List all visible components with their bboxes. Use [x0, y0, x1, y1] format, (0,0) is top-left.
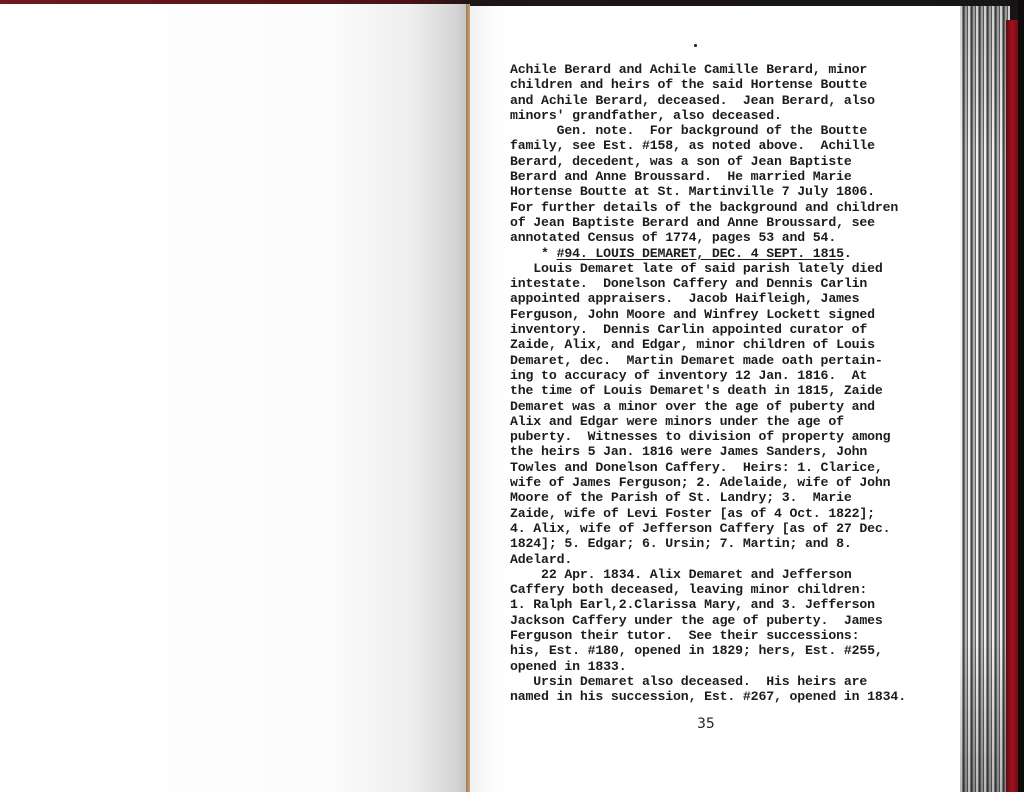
text-line: Gen. note. For background of the Boutte — [510, 123, 930, 138]
text-line: the time of Louis Demaret's death in 181… — [510, 383, 930, 398]
text-line: Ursin Demaret also deceased. His heirs a… — [510, 674, 930, 689]
text-line: opened in 1833. — [510, 659, 930, 674]
background-dark — [1018, 0, 1024, 792]
heading-prefix: * — [510, 246, 557, 261]
text-line: 1824]; 5. Edgar; 6. Ursin; 7. Martin; an… — [510, 536, 930, 551]
text-line: wife of James Ferguson; 2. Adelaide, wif… — [510, 475, 930, 490]
text-line: inventory. Dennis Carlin appointed curat… — [510, 322, 930, 337]
text-line: Adelard. — [510, 552, 930, 567]
text-line: Berard, decedent, was a son of Jean Bapt… — [510, 154, 930, 169]
text-line: Alix and Edgar were minors under the age… — [510, 414, 930, 429]
text-line: family, see Est. #158, as noted above. A… — [510, 138, 930, 153]
text-line: Ferguson, John Moore and Winfrey Lockett… — [510, 307, 930, 322]
text-line: children and heirs of the said Hortense … — [510, 77, 930, 92]
paragraphs-after-heading: Louis Demaret late of said parish lately… — [510, 261, 930, 705]
paragraphs-before-heading: Achile Berard and Achile Camille Berard,… — [510, 62, 930, 246]
page-number: 35 — [697, 716, 715, 732]
text-line: the heirs 5 Jan. 1816 were James Sanders… — [510, 444, 930, 459]
page-edges-shadow — [960, 6, 1010, 792]
text-line: puberty. Witnesses to division of proper… — [510, 429, 930, 444]
page-body-text: Achile Berard and Achile Camille Berard,… — [510, 62, 930, 704]
text-line: Zaide, Alix, and Edgar, minor children o… — [510, 337, 930, 352]
text-line: of Jean Baptiste Berard and Anne Broussa… — [510, 215, 930, 230]
entry-heading: * #94. LOUIS DEMARET, DEC. 4 SEPT. 1815. — [510, 246, 930, 261]
text-line: Demaret was a minor over the age of pube… — [510, 399, 930, 414]
heading-title: #94. LOUIS DEMARET, DEC. 4 SEPT. 1815 — [557, 246, 844, 261]
text-line: and Achile Berard, deceased. Jean Berard… — [510, 93, 930, 108]
text-line: Louis Demaret late of said parish lately… — [510, 261, 930, 276]
text-line: 22 Apr. 1834. Alix Demaret and Jefferson — [510, 567, 930, 582]
text-line: Zaide, wife of Levi Foster [as of 4 Oct.… — [510, 506, 930, 521]
text-line: Caffery both deceased, leaving minor chi… — [510, 582, 930, 597]
text-line: Berard and Anne Broussard. He married Ma… — [510, 169, 930, 184]
speck-mark — [694, 44, 697, 47]
text-line: Jackson Caffery under the age of puberty… — [510, 613, 930, 628]
left-page-blank — [0, 4, 468, 792]
text-line: Demaret, dec. Martin Demaret made oath p… — [510, 353, 930, 368]
text-line: 1. Ralph Earl,2.Clarissa Mary, and 3. Je… — [510, 597, 930, 612]
text-line: For further details of the background an… — [510, 200, 930, 215]
text-line: Hortense Boutte at St. Martinville 7 Jul… — [510, 184, 930, 199]
text-line: ing to accuracy of inventory 12 Jan. 181… — [510, 368, 930, 383]
text-line: appointed appraisers. Jacob Haifleigh, J… — [510, 291, 930, 306]
text-line: his, Est. #180, opened in 1829; hers, Es… — [510, 643, 930, 658]
text-line: annotated Census of 1774, pages 53 and 5… — [510, 230, 930, 245]
text-line: intestate. Donelson Caffery and Dennis C… — [510, 276, 930, 291]
text-line: 4. Alix, wife of Jefferson Caffery [as o… — [510, 521, 930, 536]
text-line: Achile Berard and Achile Camille Berard,… — [510, 62, 930, 77]
text-line: Towles and Donelson Caffery. Heirs: 1. C… — [510, 460, 930, 475]
text-line: Ferguson their tutor. See their successi… — [510, 628, 930, 643]
heading-suffix: . — [844, 246, 852, 261]
text-line: named in his succession, Est. #267, open… — [510, 689, 930, 704]
text-line: minors' grandfather, also deceased. — [510, 108, 930, 123]
text-line: Moore of the Parish of St. Landry; 3. Ma… — [510, 490, 930, 505]
